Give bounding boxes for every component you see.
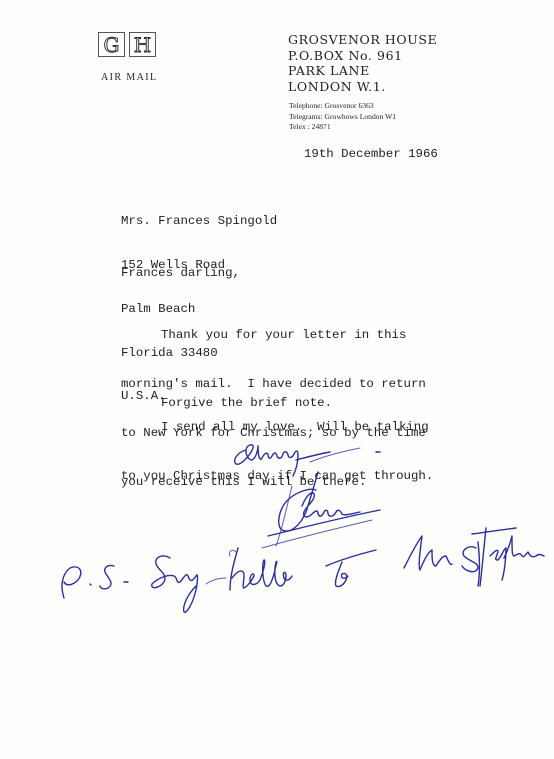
air-mail-label: AIR MAIL xyxy=(101,72,157,83)
hotel-contact-info: Telephone: Grosvenor 6363 Telegrams: Gro… xyxy=(289,101,396,133)
address-line: GROSVENOR HOUSE xyxy=(288,32,437,48)
body-line: I send all my love. Will be talking xyxy=(121,419,433,435)
telegrams-line: Telegrams: Growhows London W1 xyxy=(289,112,396,123)
monogram-box-g: G xyxy=(98,32,125,57)
body-paragraph-3: I send all my love. Will be talking to y… xyxy=(121,386,433,517)
monogram-letter: H xyxy=(134,35,151,55)
recipient-line: Mrs. Frances Spingold xyxy=(121,214,277,229)
address-line: LONDON W.1. xyxy=(288,79,437,95)
monogram-letter: G xyxy=(104,35,120,55)
body-line: Thank you for your letter in this xyxy=(121,327,426,343)
hotel-monogram-logo: G H xyxy=(98,32,156,57)
handwritten-postscript xyxy=(62,528,544,612)
body-line: to you Christmas day if I can get throug… xyxy=(121,468,433,484)
hotel-address: GROSVENOR HOUSE P.O.BOX No. 961 PARK LAN… xyxy=(288,32,437,94)
letter-date: 19th December 1966 xyxy=(304,147,438,161)
telex-line: Telex : 24871 xyxy=(289,122,396,133)
address-line: PARK LANE xyxy=(288,63,437,79)
letter-page: G H AIR MAIL GROSVENOR HOUSE P.O.BOX No.… xyxy=(0,0,554,759)
address-line: P.O.BOX No. 961 xyxy=(288,48,437,64)
telephone-line: Telephone: Grosvenor 6363 xyxy=(289,101,396,112)
monogram-box-h: H xyxy=(129,32,156,57)
salutation: Frances darling, xyxy=(121,266,240,280)
